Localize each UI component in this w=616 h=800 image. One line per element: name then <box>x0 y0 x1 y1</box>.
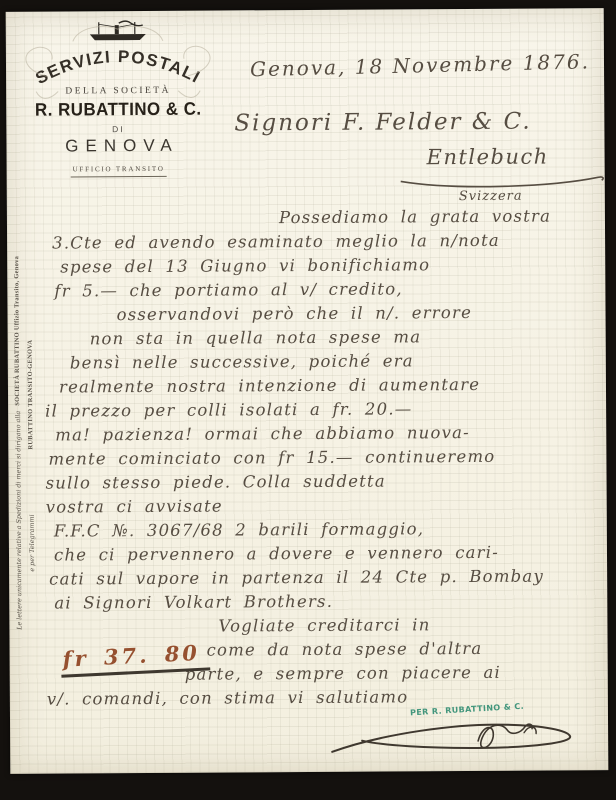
letter-line: mente cominciato con fr 15.— continuerem… <box>48 444 597 471</box>
letter-line: fr 5.— che portiamo al v/ credito, <box>54 276 596 303</box>
margin-imprint-telegram: e per Telegrammi RUBATTINO TRANSITO-GENO… <box>27 340 36 572</box>
telegram-label: e per Telegrammi <box>28 514 36 571</box>
letter-line: non sta in quella nota spese ma <box>90 324 597 351</box>
margin-notice-text: Le lettere unicamente relative a Spedizi… <box>14 411 23 630</box>
letter-line: il prezzo per colli isolati a fr. 20.— <box>45 396 597 423</box>
letter-line: 3.Cte ed avendo esaminato meglio la n/no… <box>52 228 596 255</box>
letter-line: ma! pazienza! ormai che abbiamo nuova- <box>55 420 597 447</box>
office-underline <box>71 176 167 178</box>
letterhead-crest: SERVIZI POSTALI DELLA SOCIETÀ R. RUBATTI… <box>24 19 213 178</box>
letter-line: Possediamo la grata vostra <box>279 204 596 230</box>
letter-line: che ci pervennero a dovere e vennero car… <box>54 540 598 567</box>
margin-notice-company: SOCIETÀ RUBATTINO Uffizio Transito, Geno… <box>13 256 22 406</box>
addressee-place: Entlebuch <box>427 145 549 170</box>
letter-line: cati sul vapore in partenza il 24 Cte p.… <box>49 564 598 591</box>
addressee-name: Signori F. Felder & C. <box>234 109 531 137</box>
letter-line: come da nota spese d'altra <box>207 636 599 662</box>
signature-flourish <box>328 708 580 768</box>
city-name: GENOVA <box>24 136 212 157</box>
letter-line: vostra ci avvisate <box>46 492 598 519</box>
letter-line: sullo stesso piede. Colla suddetta <box>45 468 597 495</box>
di-label: DI <box>24 124 212 135</box>
letter-line: bensì nelle successive, poiché era <box>70 348 597 375</box>
office-label: UFFICIO TRANSITO <box>25 165 213 174</box>
letter-line: ai Signori Volkart Brothers. <box>54 588 598 615</box>
letter-line: Vogliate creditarci in <box>218 612 598 638</box>
letter-line: F.F.C №. 3067/68 2 barili formaggio, <box>54 516 598 543</box>
addressee-country: Svizzera <box>459 189 523 204</box>
letter-line: osservandovi però che il n/. errore <box>116 300 596 327</box>
letter-body: Possediamo la grata vostra 3.Cte ed aven… <box>44 204 599 711</box>
telegram-address: RUBATTINO TRANSITO-GENOVA <box>27 340 36 450</box>
margin-imprint-notice: Le lettere unicamente relative a Spedizi… <box>13 238 23 630</box>
letter-line: parte, e sempre con piacere ai <box>185 660 599 687</box>
letter-line: spese del 13 Giugno vi bonifichiamo <box>60 252 596 279</box>
letter-line: realmente nostra intenzione di aumentare <box>59 372 597 399</box>
scanned-letter-photo: { "photo": { "backdrop": "#14110e", "pap… <box>0 0 616 800</box>
company-name: R. RUBATTINO & C. <box>30 99 207 121</box>
dateline: Genova, 18 Novembre 1876. <box>250 49 590 81</box>
letter-paper: SERVIZI POSTALI DELLA SOCIETÀ R. RUBATTI… <box>6 8 609 774</box>
